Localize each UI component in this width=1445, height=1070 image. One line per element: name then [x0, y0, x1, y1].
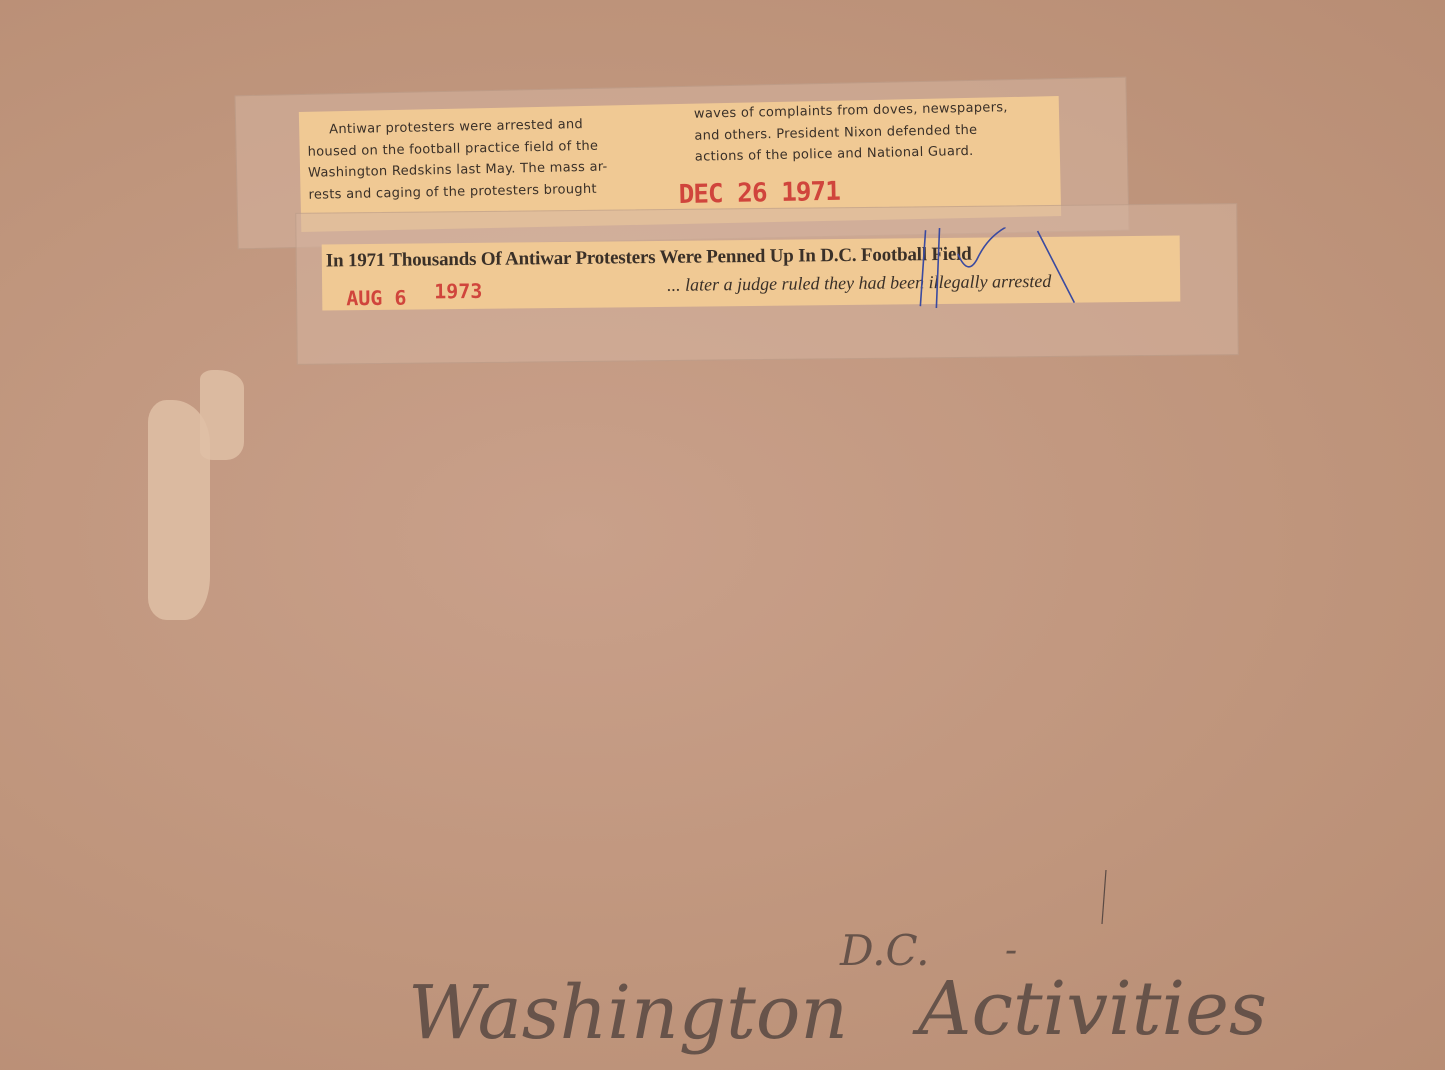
date-stamp-1971: DEC 26 1971 [678, 177, 840, 210]
glue-stain-top [200, 370, 244, 460]
caption-left-column: Antiwar protesters were arrested and hou… [307, 113, 654, 206]
handwritten-label-activities: Activities [918, 966, 1267, 1052]
handwritten-dash: - [1005, 930, 1017, 971]
caption-right-column: waves of complaints from doves, newspape… [694, 96, 1040, 168]
headline-text: In 1971 Thousands Of Antiwar Protesters … [326, 244, 972, 273]
handwritten-label-dc: D.C. [840, 926, 930, 975]
date-stamp-1973: 1973 [434, 279, 482, 304]
blue-ink-mark [918, 226, 1099, 308]
date-stamp-aug: AUG 6 [346, 286, 406, 311]
headline-clipping: In 1971 Thousands Of Antiwar Protesters … [322, 236, 1181, 311]
handwritten-label-washington: Washington [408, 970, 848, 1056]
pencil-stroke [1100, 868, 1110, 928]
